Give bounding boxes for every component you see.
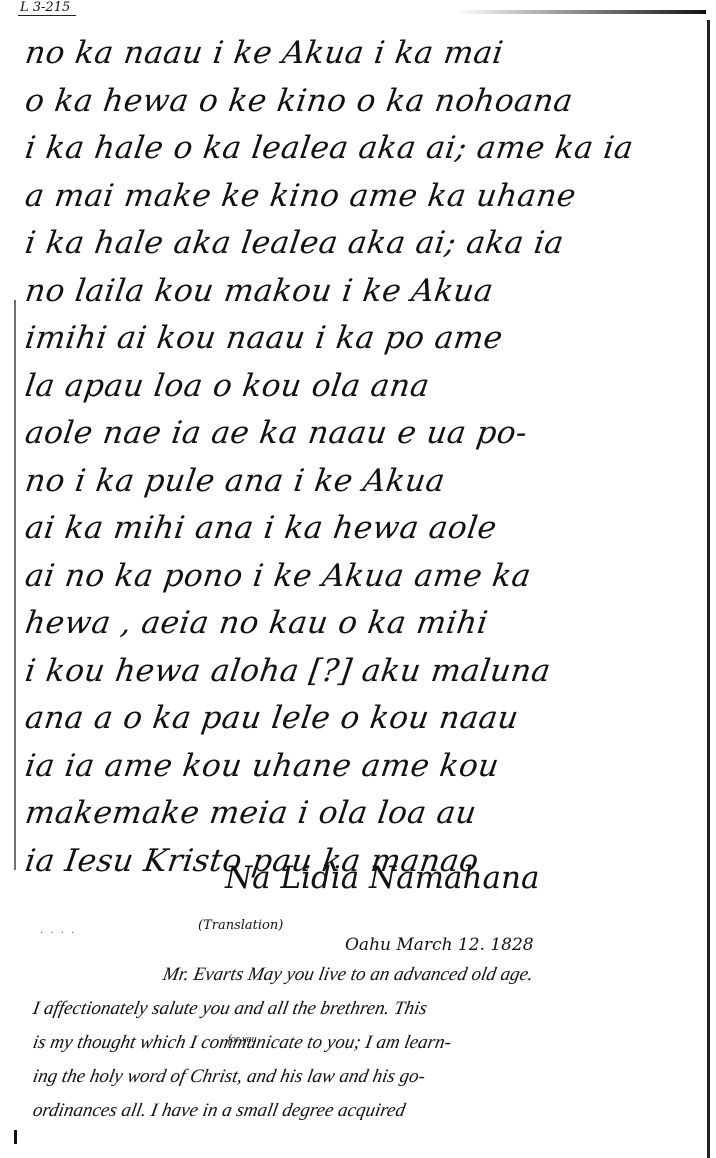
hawaiian-line: no ka naau i ke Akua i ka mai bbox=[22, 30, 709, 78]
hawaiian-line: a mai make ke kino ame ka uhane bbox=[22, 173, 709, 221]
manuscript-page: L 3-215 no ka naau i ke Akua i ka mai o … bbox=[0, 0, 716, 1158]
hawaiian-line: hewa , aeia no kau o ka mihi bbox=[22, 600, 709, 648]
hawaiian-line: aole nae ia ae ka naau e ua po- bbox=[22, 410, 709, 458]
hawaiian-line: no laila kou makou i ke Akua bbox=[22, 268, 709, 316]
translation-label: (Translation) bbox=[198, 918, 283, 933]
top-edge-rule bbox=[456, 10, 706, 14]
dateline: Oahu March 12. 1828 bbox=[345, 935, 534, 955]
hawaiian-line: ana a o ka pau lele o kou naau bbox=[22, 695, 709, 743]
hawaiian-text-block: no ka naau i ke Akua i ka mai o ka hewa … bbox=[22, 30, 702, 885]
hawaiian-line: imihi ai kou naau i ka po ame bbox=[22, 315, 709, 363]
english-line: ing the holy word of Christ, and his law… bbox=[30, 1060, 716, 1094]
hawaiian-line: ai ka mihi ana i ka hewa aole bbox=[22, 505, 709, 553]
left-margin-rule bbox=[14, 300, 16, 870]
english-line: is my thought which I communicate to you… bbox=[30, 1026, 716, 1060]
english-line: I affectionately salute you and all the … bbox=[30, 992, 716, 1026]
hawaiian-line: no i ka pule ana i ke Akua bbox=[22, 458, 709, 506]
english-line: Mr. Evarts May you live to an advanced o… bbox=[30, 958, 716, 992]
bottom-edge-mark bbox=[14, 1130, 17, 1144]
reference-label: L 3-215 bbox=[18, 0, 76, 16]
hawaiian-line: o ka hewa o ke kino o ka nohoana bbox=[22, 78, 709, 126]
hawaiian-line: ai no ka pono i ke Akua ame ka bbox=[22, 553, 709, 601]
hawaiian-line: i ka hale aka lealea aka ai; aka ia bbox=[22, 220, 709, 268]
english-translation-block: Mr. Evarts May you live to an advanced o… bbox=[30, 958, 710, 1128]
hawaiian-line: i ka hale o ka lealea aka ai; ame ka ia bbox=[22, 125, 709, 173]
signature: Na Lidia Namahana bbox=[225, 860, 539, 896]
hawaiian-line: i kou hewa aloha [?] aku maluna bbox=[22, 648, 709, 696]
english-line: ordinances all. I have in a small degree… bbox=[30, 1094, 716, 1128]
hawaiian-line: la apau loa o kou ola ana bbox=[22, 363, 709, 411]
hawaiian-line: ia ia ame kou uhane ame kou bbox=[22, 743, 709, 791]
hawaiian-line: makemake meia i ola loa au bbox=[22, 790, 709, 838]
faint-marks: · · · · bbox=[40, 928, 76, 939]
